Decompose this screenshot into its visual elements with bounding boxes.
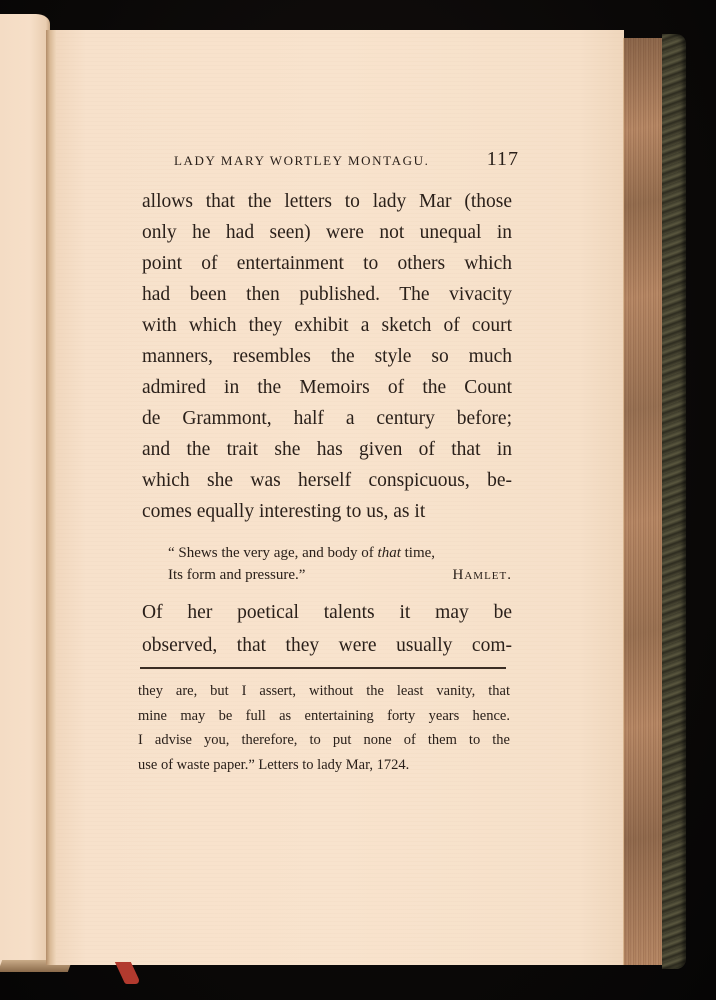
text-line: with which they exhibit a sketch of cour… bbox=[142, 310, 512, 341]
quote-text: Its form and pressure.” bbox=[168, 564, 305, 586]
running-title: LADY MARY WORTLEY MONTAGU. bbox=[174, 153, 429, 169]
quote-text: time, bbox=[401, 545, 435, 561]
quote-text: “ Shews the very age, and body of bbox=[168, 545, 378, 561]
quote-attribution: Hamlet. bbox=[453, 564, 512, 586]
body-text: allows that the letters to lady Mar (tho… bbox=[142, 186, 512, 527]
page-number: 117 bbox=[487, 148, 519, 171]
text-line: and the trait she has given of that in bbox=[142, 434, 512, 465]
quote-line-1: “ Shews the very age, and body of that t… bbox=[168, 542, 512, 564]
left-page-edge bbox=[0, 14, 50, 969]
running-head: LADY MARY WORTLEY MONTAGU. 117 bbox=[174, 148, 519, 171]
text-line: manners, resembles the style so much bbox=[142, 341, 512, 372]
quote-line-2: Its form and pressure.” Hamlet. bbox=[168, 564, 512, 586]
footnote-line: they are, but I assert, without the leas… bbox=[138, 679, 510, 704]
gutter-shadow bbox=[46, 30, 56, 965]
book-cover-edge bbox=[662, 34, 686, 969]
text-line: only he had seen) were not unequal in bbox=[142, 217, 512, 248]
footnote-rule bbox=[140, 667, 506, 669]
marbled-fore-edge bbox=[623, 38, 666, 965]
footnote: they are, but I assert, without the leas… bbox=[138, 679, 510, 777]
text-line: observed, that they were usually com- bbox=[142, 629, 512, 662]
footnote-line: mine may be full as entertaining forty y… bbox=[138, 704, 510, 729]
text-line: point of entertainment to others which bbox=[142, 248, 512, 279]
text-line: Of her poetical talents it may be bbox=[142, 596, 512, 629]
footnote-line: I advise you, therefore, to put none of … bbox=[138, 728, 510, 753]
text-line: which she was herself conspicuous, be- bbox=[142, 465, 512, 496]
block-quote: “ Shews the very age, and body of that t… bbox=[168, 542, 512, 586]
quote-italic: that bbox=[378, 545, 401, 561]
footnote-line: use of waste paper.” Letters to lady Mar… bbox=[138, 753, 510, 778]
text-line: comes equally interesting to us, as it bbox=[142, 496, 512, 527]
body-text-continued: Of her poetical talents it may be observ… bbox=[142, 596, 512, 662]
text-line: de Grammont, half a century before; bbox=[142, 403, 512, 434]
text-line: allows that the letters to lady Mar (tho… bbox=[142, 186, 512, 217]
text-line: had been then published. The vivacity bbox=[142, 279, 512, 310]
text-line: admired in the Memoirs of the Count bbox=[142, 372, 512, 403]
